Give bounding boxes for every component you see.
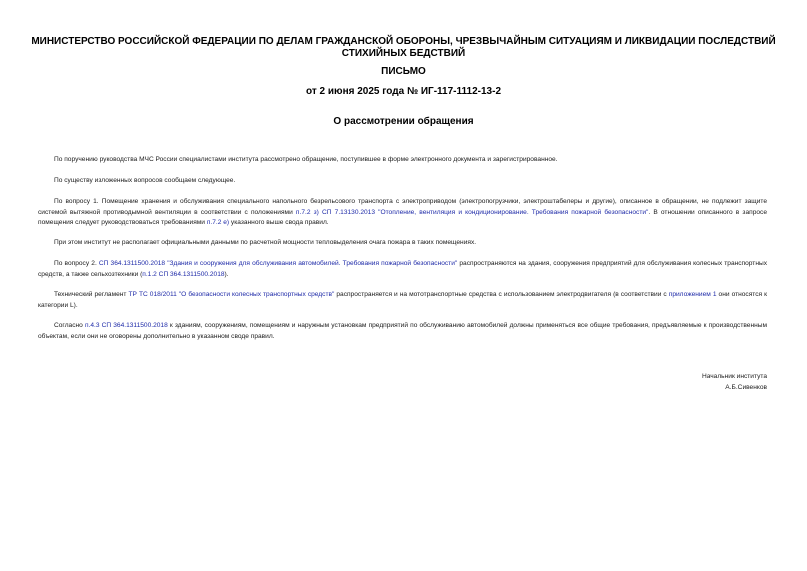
link-sp-7-13130[interactable]: п.7.2 з) СП 7.13130.2013 "Отопление, вен… (296, 209, 648, 216)
paragraph-text: По вопросу 2. (54, 260, 99, 267)
paragraph-tech-regulation: Технический регламент ТР ТС 018/2011 "О … (38, 290, 767, 311)
link-p-1-2-sp-364[interactable]: п.1.2 СП 364.1311500.2018 (142, 271, 224, 278)
organization-title: МИНИСТЕРСТВО РОССИЙСКОЙ ФЕДЕРАЦИИ ПО ДЕЛ… (30, 36, 777, 60)
paragraph-text: распространяется и на мототранспортные с… (334, 291, 668, 298)
paragraph-summary: По существу изложенных вопросов сообщаем… (38, 176, 767, 187)
link-p-7-2-e[interactable]: п.7.2 е) (207, 219, 229, 226)
paragraph-text: При этом институт не располагает официал… (54, 239, 476, 246)
document-type: ПИСЬМО (30, 66, 777, 78)
paragraph-question-1: По вопросу 1. Помещение хранения и обслу… (38, 197, 767, 229)
paragraph-text: По существу изложенных вопросов сообщаем… (54, 177, 235, 184)
document-date-number: от 2 июня 2025 года № ИГ-117-1112-13-2 (30, 86, 777, 98)
link-appendix-1[interactable]: приложением 1 (669, 291, 717, 298)
paragraph-text: По поручению руководства МЧС России спец… (54, 156, 558, 163)
paragraph-text: Согласно (54, 322, 85, 329)
paragraph-general-requirements: Согласно п.4.3 СП 364.1311500.2018 к зда… (38, 321, 767, 342)
document-subject: О рассмотрении обращения (30, 116, 777, 128)
paragraph-text: указанного выше свода правил. (229, 219, 329, 226)
link-sp-364[interactable]: СП 364.1311500.2018 "Здания и сооружения… (99, 260, 457, 267)
paragraph-question-2: По вопросу 2. СП 364.1311500.2018 "Здани… (38, 259, 767, 280)
paragraph-text: Технический регламент (54, 291, 129, 298)
paragraph-intro: По поручению руководства МЧС России спец… (38, 155, 767, 166)
link-p-4-3-sp-364[interactable]: п.4.3 СП 364.1311500.2018 (85, 322, 168, 329)
paragraph-heat-data: При этом институт не располагает официал… (38, 238, 767, 249)
signature-position: Начальник института (702, 372, 767, 383)
link-tr-ts-018-2011[interactable]: ТР ТС 018/2011 "О безопасности колесных … (129, 291, 335, 298)
signature-block: Начальник института А.Б.Сивенков (702, 372, 767, 393)
signature-name: А.Б.Сивенков (702, 383, 767, 394)
paragraph-text: ). (225, 271, 229, 278)
